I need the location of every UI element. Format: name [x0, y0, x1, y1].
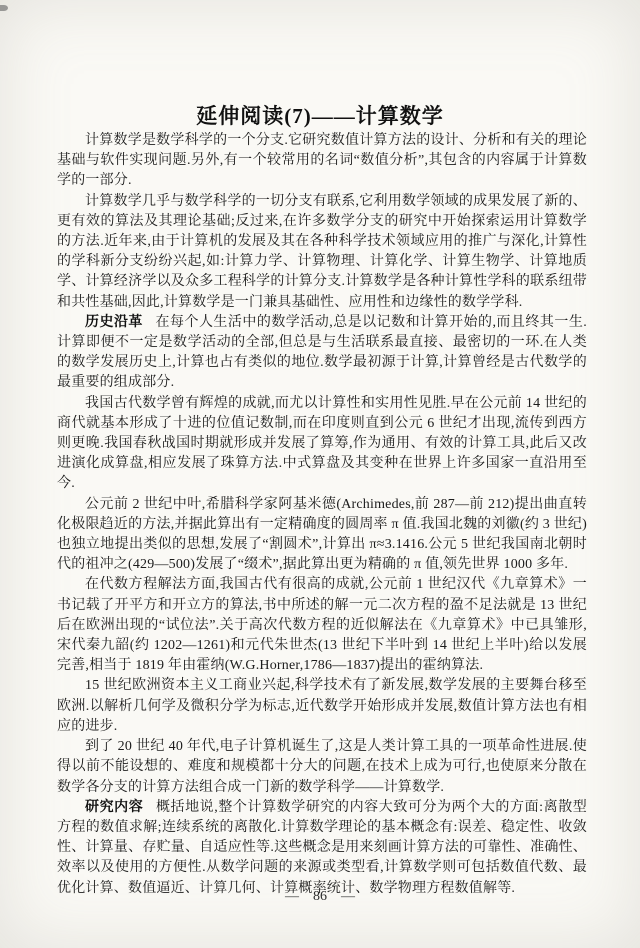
paragraph-text: 公元前 2 世纪中叶,希腊科学家阿基米德(Archimedes,前 287—前 …: [57, 497, 587, 573]
paragraph-text: 15 世纪欧洲资本主义工商业兴起,科学技术有了新发展,数学发展的主要舞台移至欧洲…: [57, 678, 587, 733]
paragraph-intro: 计算数学是数学科学的一个分支.它研究数值计算方法的设计、分析和有关的理论基础与软…: [57, 131, 587, 192]
paragraph-text: 计算数学是数学科学的一个分支.它研究数值计算方法的设计、分析和有关的理论基础与软…: [57, 133, 587, 188]
paragraph-computers: 到了 20 世纪 40 年代,电子计算机诞生了,这是人类计算工具的一项革命性进展…: [57, 737, 587, 798]
section-label-history: 历史沿革: [85, 315, 143, 330]
paragraph-history: 历史沿革在每个人生活中的数学活动,总是以记数和计算开始的,而且终其一生.计算即便…: [57, 313, 587, 394]
scanned-textbook-page: 延伸阅读(7)——计算数学 计算数学是数学科学的一个分支.它研究数值计算方法的设…: [0, 0, 640, 948]
page-number: 86: [313, 889, 327, 904]
section-label-research: 研究内容: [85, 800, 143, 815]
paragraph-branches: 计算数学几乎与数学科学的一切分支有联系,它利用数学领域的成果发展了新的、更有效的…: [57, 192, 587, 313]
scan-artifact-speck: [0, 5, 8, 11]
page-footer: —86—: [0, 889, 640, 905]
paragraph-europe: 15 世纪欧洲资本主义工商业兴起,科学技术有了新发展,数学发展的主要舞台移至欧洲…: [57, 676, 587, 737]
page-title: 延伸阅读(7)——计算数学: [0, 100, 640, 130]
footer-dash-right: —: [341, 889, 355, 904]
paragraph-ancient-china: 我国古代数学曾有辉煌的成就,而尤以计算性和实用性见胜.早在公元前 14 世纪的商…: [57, 394, 587, 495]
footer-dash-left: —: [285, 889, 299, 904]
body-text: 计算数学是数学科学的一个分支.它研究数值计算方法的设计、分析和有关的理论基础与软…: [57, 131, 587, 899]
paragraph-text: 在代数方程解法方面,我国古代有很高的成就,公元前 1 世纪汉代《九章算术》一书记…: [57, 577, 587, 673]
paragraph-pi: 公元前 2 世纪中叶,希腊科学家阿基米德(Archimedes,前 287—前 …: [57, 495, 587, 576]
paragraph-text: 我国古代数学曾有辉煌的成就,而尤以计算性和实用性见胜.早在公元前 14 世纪的商…: [57, 396, 587, 492]
paragraph-text: 到了 20 世纪 40 年代,电子计算机诞生了,这是人类计算工具的一项革命性进展…: [57, 739, 587, 794]
paragraph-algebra: 在代数方程解法方面,我国古代有很高的成就,公元前 1 世纪汉代《九章算术》一书记…: [57, 575, 587, 676]
paragraph-text: 计算数学几乎与数学科学的一切分支有联系,它利用数学领域的成果发展了新的、更有效的…: [57, 194, 587, 310]
paragraph-research: 研究内容概括地说,整个计算数学研究的内容大致可分为两个大的方面:离散型方程的数值…: [57, 798, 587, 899]
